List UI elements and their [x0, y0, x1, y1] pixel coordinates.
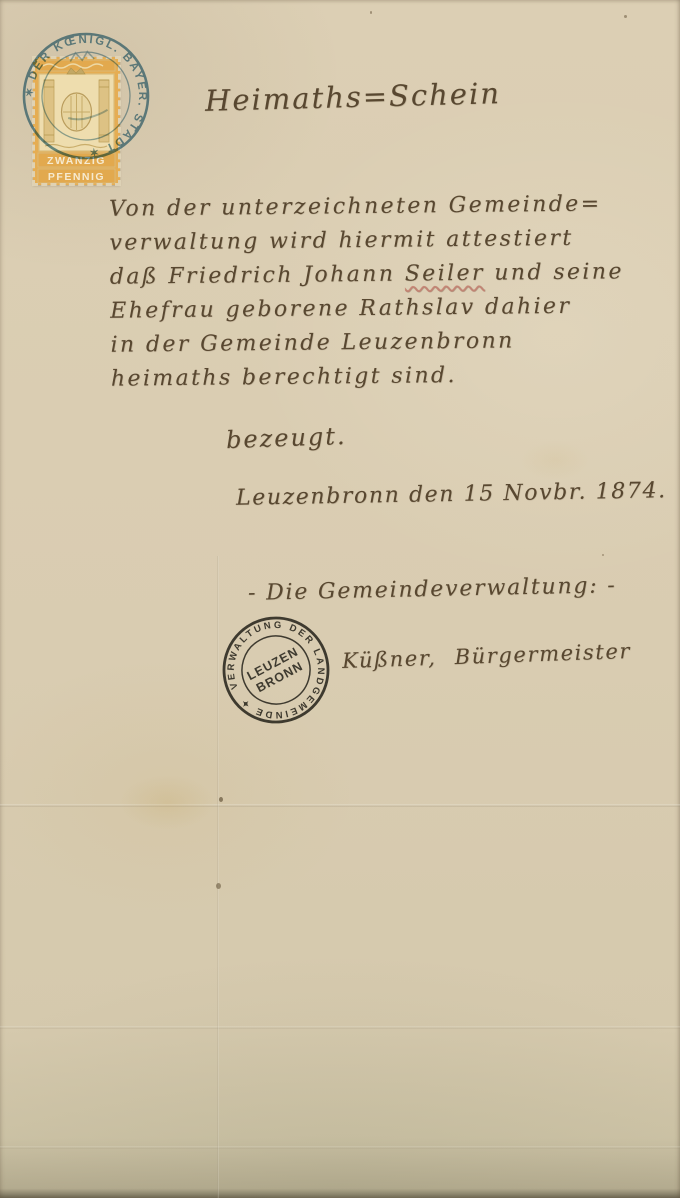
stamp-value-pfennig: PFENNIG	[48, 171, 105, 183]
horizontal-fold-line	[0, 804, 680, 807]
ink-speck	[624, 15, 627, 18]
body-line-1: Von der unterzeichneten Gemeinde=	[109, 187, 623, 226]
ink-speck	[370, 11, 372, 14]
ink-speck	[602, 554, 604, 556]
cancellation-stamp: ✶ DER KŒNIGL. BAYER. STADT ✶	[10, 20, 162, 172]
ink-speck	[216, 883, 221, 889]
svg-text:✶ DER KŒNIGL. BAYER. STADT ✶: ✶ DER KŒNIGL. BAYER. STADT ✶	[18, 28, 155, 165]
document-title: Heimaths=Schein	[205, 76, 502, 118]
ink-speck	[219, 797, 223, 802]
body-line-3-suffix: und seine	[485, 259, 624, 285]
municipal-seal: VERWALTUNG DER LANDGEMEINDE ✦ LEUZEN BRO…	[203, 597, 349, 743]
mayor-signature: Küßner, Bürgermeister	[342, 639, 632, 673]
vertical-fold-line	[217, 556, 219, 1198]
body-line-4: Ehefrau geborene Rathslav dahier	[110, 289, 624, 328]
family-name-underlined: Seiler	[405, 261, 485, 287]
body-line-3: daß Friedrich Johann Seiler und seine	[110, 255, 624, 294]
body-line-3-prefix: daß Friedrich Johann	[110, 262, 405, 290]
seal-ring-text: VERWALTUNG DER LANDGEMEINDE ✦	[208, 602, 344, 738]
svg-text:VERWALTUNG DER LANDGEMEINDE ✦: VERWALTUNG DER LANDGEMEINDE ✦	[208, 602, 344, 738]
cancellation-ring-text: ✶ DER KŒNIGL. BAYER. STADT ✶	[18, 28, 155, 165]
dateline: Leuzenbronn den 15 Novbr. 1874.	[236, 478, 667, 511]
horizontal-fold-line	[0, 1026, 680, 1029]
body-line-5: in der Gemeinde Leuzenbronn	[110, 323, 624, 362]
document-page: ZWANZIG PFENNIG ✶ DER KŒNIGL. BAYER. STA…	[0, 0, 680, 1198]
horizontal-fold-line	[0, 1146, 680, 1149]
attestation-word: bezeugt.	[226, 422, 347, 454]
body-line-2: verwaltung wird hiermit attestiert	[109, 221, 623, 260]
paper-stain	[120, 775, 215, 830]
paper-stain	[520, 440, 590, 480]
document-body: Von der unterzeichneten Gemeinde= verwal…	[109, 187, 625, 396]
body-line-6: heimaths berechtigt sind.	[111, 357, 625, 396]
